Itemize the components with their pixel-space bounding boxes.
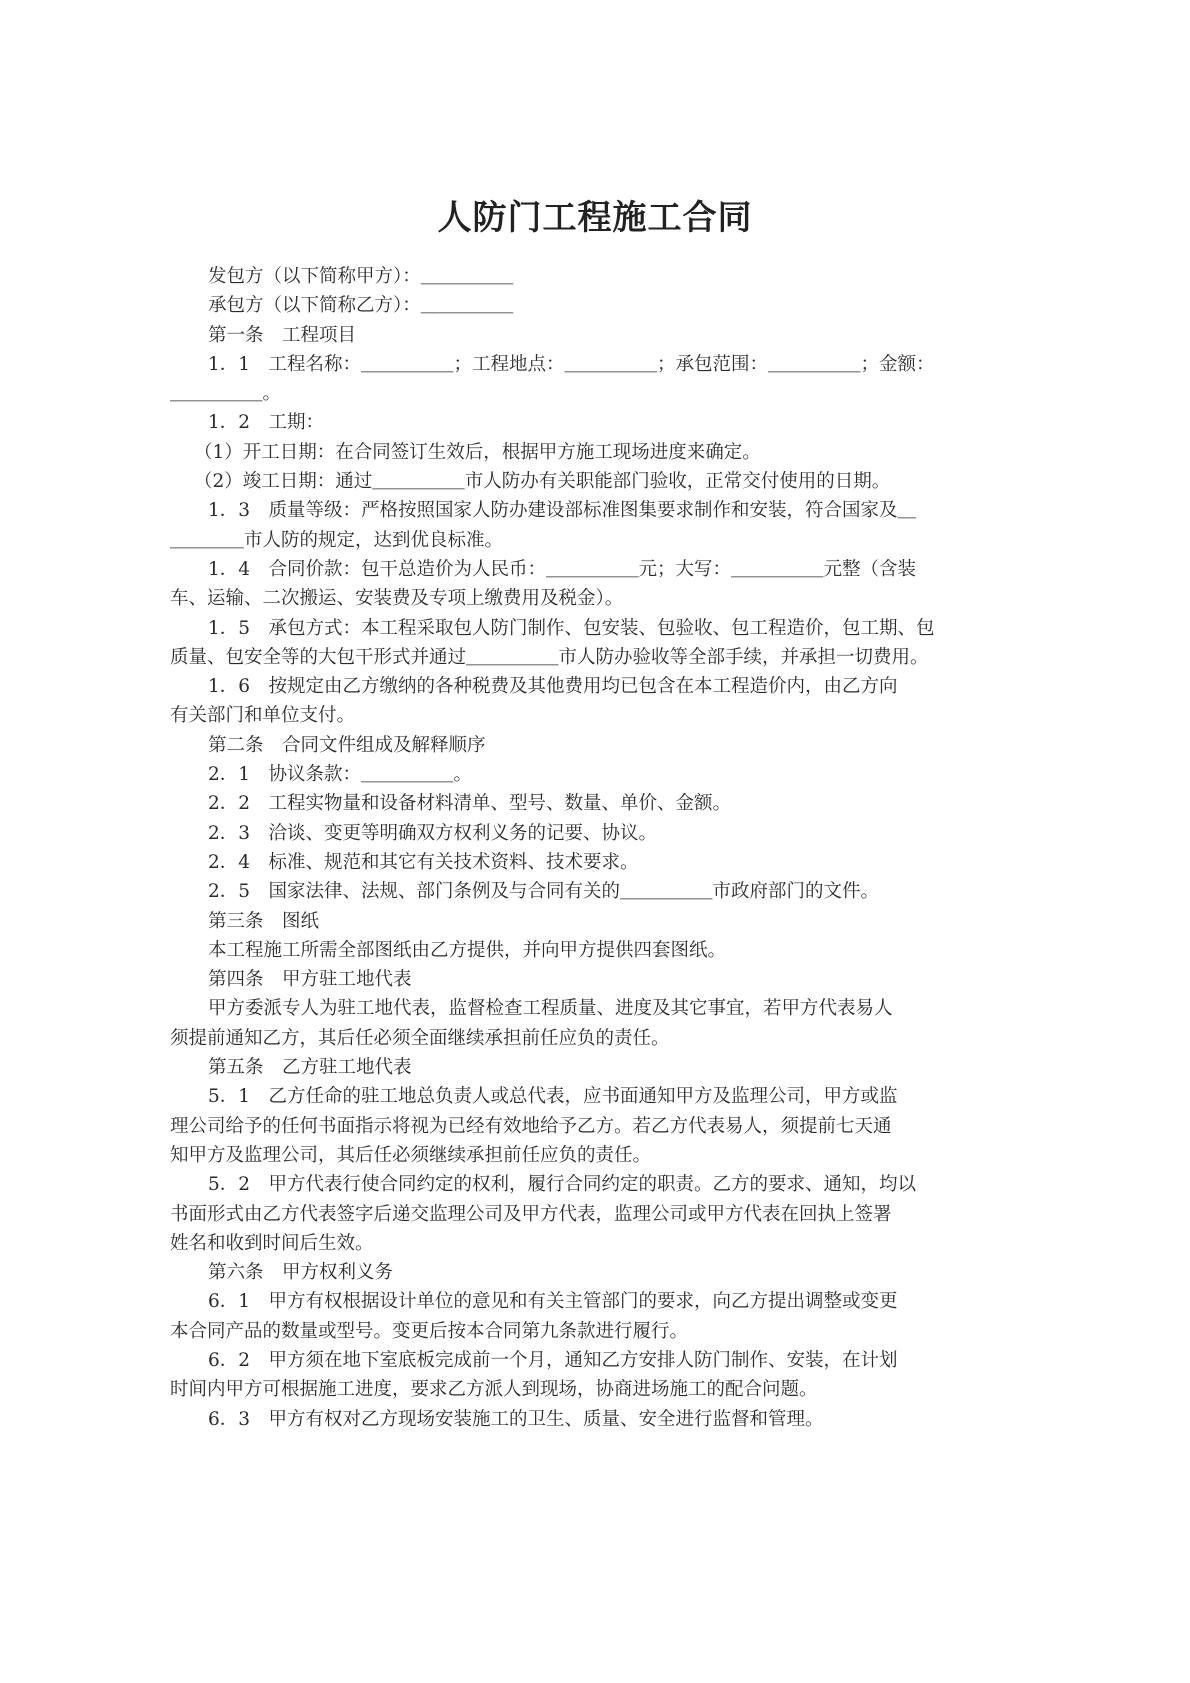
document-line: （1）开工日期：在合同签订生效后，根据甲方施工现场进度来确定。 [170, 438, 1026, 467]
document-line: 须提前通知乙方，其后任必须全面继续承担前任应负的责任。 [170, 1024, 1026, 1053]
document-line: 有关部门和单位支付。 [170, 701, 1026, 730]
document-line: 本合同产品的数量或型号。变更后按本合同第九条款进行履行。 [170, 1317, 1026, 1346]
document-line: （2）竣工日期：通过＿＿＿＿＿市人防办有关职能部门验收，正常交付使用的日期。 [170, 467, 1026, 496]
document-line: 1．1 工程名称：＿＿＿＿＿；工程地点：＿＿＿＿＿；承包范围：＿＿＿＿＿；金额： [170, 350, 1026, 379]
document-line: 第一条 工程项目 [170, 321, 1026, 350]
document-line: 1．2 工期： [170, 408, 1026, 437]
document-line: 6．1 甲方有权根据设计单位的意见和有关主管部门的要求，向乙方提出调整或变更 [170, 1287, 1026, 1316]
document-line: 时间内甲方可根据施工进度，要求乙方派人到现场，协商进场施工的配合问题。 [170, 1375, 1026, 1404]
document-line: 2．1 协议条款：＿＿＿＿＿。 [170, 760, 1026, 789]
document-line: ＿＿＿＿市人防的规定，达到优良标准。 [170, 526, 1026, 555]
document-line: 承包方（以下简称乙方）：＿＿＿＿＿ [170, 291, 1026, 320]
document-line: 本工程施工所需全部图纸由乙方提供，并向甲方提供四套图纸。 [170, 936, 1026, 965]
document-line: 5．1 乙方任命的驻工地总负责人或总代表，应书面通知甲方及监理公司，甲方或监 [170, 1082, 1026, 1111]
document-line: 第二条 合同文件组成及解释顺序 [170, 731, 1026, 760]
document-line: 第五条 乙方驻工地代表 [170, 1053, 1026, 1082]
document-line: 发包方（以下简称甲方）：＿＿＿＿＿ [170, 262, 1026, 291]
document-line: 1．3 质量等级：严格按照国家人防办建设部标准图集要求制作和安装，符合国家及＿ [170, 496, 1026, 525]
document-line: 2．5 国家法律、法规、部门条例及与合同有关的＿＿＿＿＿市政府部门的文件。 [170, 877, 1026, 906]
document-line: 质量、包安全等的大包干形式并通过＿＿＿＿＿市人防办验收等全部手续，并承担一切费用… [170, 643, 1026, 672]
document-line: ＿＿＿＿＿。 [170, 379, 1026, 408]
document-body: 发包方（以下简称甲方）：＿＿＿＿＿承包方（以下简称乙方）：＿＿＿＿＿第一条 工程… [170, 262, 1026, 1434]
document-line: 姓名和收到时间后生效。 [170, 1229, 1026, 1258]
document-line: 1．4 合同价款：包干总造价为人民币：＿＿＿＿＿元；大写：＿＿＿＿＿元整（含装 [170, 555, 1026, 584]
document-line: 5．2 甲方代表行使合同约定的权利，履行合同约定的职责。乙方的要求、通知，均以 [170, 1170, 1026, 1199]
document-page: 人防门工程施工合同 发包方（以下简称甲方）：＿＿＿＿＿承包方（以下简称乙方）：＿… [0, 0, 1190, 1683]
document-line: 第六条 甲方权利义务 [170, 1258, 1026, 1287]
document-line: 车、运输、二次搬运、安装费及专项上缴费用及税金）。 [170, 584, 1026, 613]
document-line: 6．3 甲方有权对乙方现场安装施工的卫生、质量、安全进行监督和管理。 [170, 1405, 1026, 1434]
document-line: 1．6 按规定由乙方缴纳的各种税费及其他费用均已包含在本工程造价内，由乙方向 [170, 672, 1026, 701]
document-line: 甲方委派专人为驻工地代表，监督检查工程质量、进度及其它事宜，若甲方代表易人 [170, 994, 1026, 1023]
document-line: 1．5 承包方式：本工程采取包人防门制作、包安装、包验收、包工程造价，包工期、包 [170, 614, 1026, 643]
document-title: 人防门工程施工合同 [0, 190, 1190, 239]
document-line: 第三条 图纸 [170, 907, 1026, 936]
document-line: 2．2 工程实物量和设备材料清单、型号、数量、单价、金额。 [170, 789, 1026, 818]
document-line: 2．4 标准、规范和其它有关技术资料、技术要求。 [170, 848, 1026, 877]
document-line: 知甲方及监理公司，其后任必须继续承担前任应负的责任。 [170, 1141, 1026, 1170]
document-line: 6．2 甲方须在地下室底板完成前一个月，通知乙方安排人防门制作、安装，在计划 [170, 1346, 1026, 1375]
document-line: 第四条 甲方驻工地代表 [170, 965, 1026, 994]
document-line: 2．3 洽谈、变更等明确双方权利义务的记要、协议。 [170, 819, 1026, 848]
document-line: 书面形式由乙方代表签字后递交监理公司及甲方代表，监理公司或甲方代表在回执上签署 [170, 1200, 1026, 1229]
document-line: 理公司给予的任何书面指示将视为已经有效地给予乙方。若乙方代表易人，须提前七天通 [170, 1112, 1026, 1141]
